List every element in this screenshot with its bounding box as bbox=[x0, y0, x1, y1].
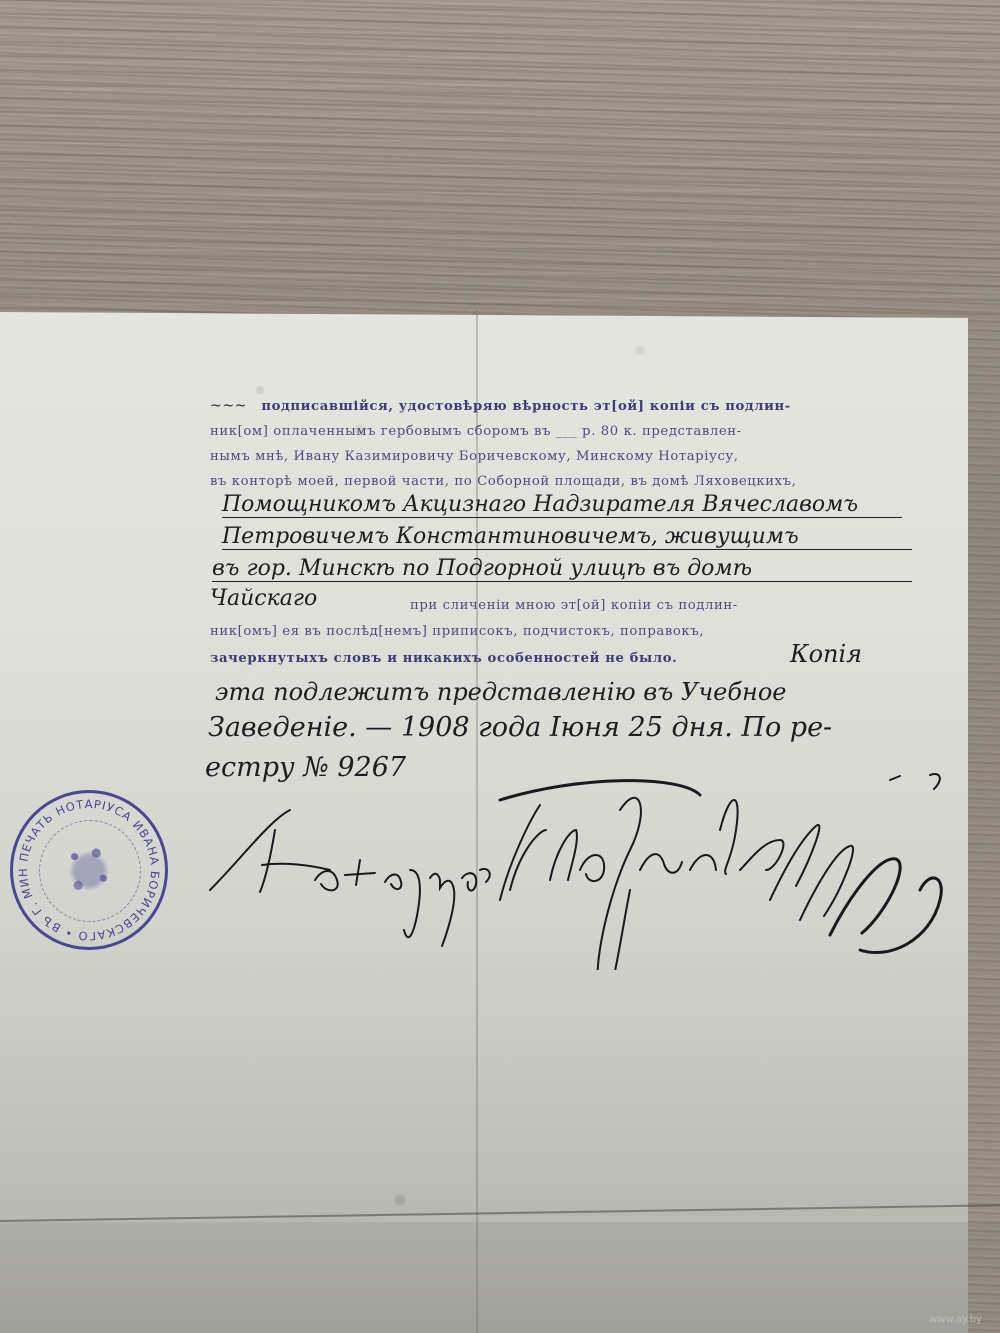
handwritten-line-4: Чайскаго bbox=[210, 586, 317, 611]
printed-line-6: ник[омъ] ея въ послѣд[немъ] приписокъ, п… bbox=[210, 624, 910, 639]
handwritten-line-2: Петровичемъ Константиновичемъ, живущимъ bbox=[222, 524, 912, 550]
handwritten-line-3: въ гор. Минскѣ по Подгорной улицѣ въ дом… bbox=[212, 556, 912, 582]
coat-of-arms-icon bbox=[53, 835, 125, 907]
printed-line-4: въ конторѣ моей, первой части, по Соборн… bbox=[210, 474, 910, 489]
watermark: www.ay.by bbox=[929, 1314, 982, 1325]
handwritten-closing-1: эта подлежитъ представленію въ Учебное bbox=[215, 678, 786, 706]
lower-panel-shadow bbox=[0, 1222, 1000, 1333]
printed-line-2: ник[ом] оплаченнымъ гербовымъ сборомъ въ… bbox=[210, 424, 910, 439]
printed-line-5: при сличеніи мною эт[ой] копіи съ подлин… bbox=[410, 598, 910, 613]
handwritten-kopiya: Копія bbox=[790, 640, 862, 668]
notary-signature bbox=[200, 770, 980, 970]
wooden-table-background bbox=[0, 0, 1000, 320]
handwritten-line-1: Помощникомъ Акцизнаго Надзирателя Вячесл… bbox=[222, 492, 902, 518]
printed-line-3: нымъ мнѣ, Ивану Казимировичу Боричевском… bbox=[210, 449, 910, 464]
notary-seal-stamp: ПЕЧАТЬ НОТАРІУСА ИВАНА БОРИЧЕВСКАГО • ВЪ… bbox=[10, 790, 168, 950]
handwritten-closing-2: Заведеніе. — 1908 года Іюня 25 дня. По р… bbox=[208, 712, 832, 743]
printed-line-1: ~~~ подписавшійся, удостовѣряю вѣрность … bbox=[210, 398, 910, 414]
